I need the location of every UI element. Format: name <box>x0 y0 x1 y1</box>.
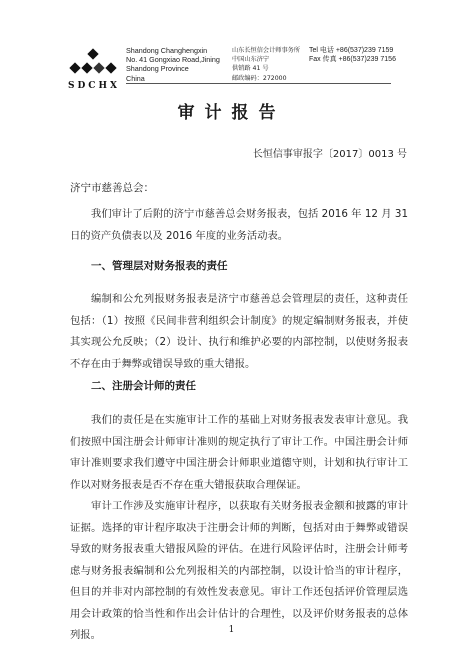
sdchx-logo-icon: SDCHX <box>68 48 123 90</box>
section1-heading: 一、管理层对财务报表的责任 <box>91 258 228 273</box>
tel: Tel 电话 +86(537)239 7159 <box>309 46 396 55</box>
firm-english-address: Shandong Changhengxin No. 41 Gongxiao Ro… <box>126 46 220 83</box>
addressee: 济宁市慈善总会： <box>70 180 154 195</box>
page-number: 1 <box>0 625 463 635</box>
fax: Fax 传真 +86(537)239 7156 <box>309 55 396 64</box>
letterhead: SDCHX Shandong Changhengxin No. 41 Gongx… <box>68 40 383 90</box>
firm-contact: Tel 电话 +86(537)239 7159 Fax 传真 +86(537)2… <box>309 46 396 64</box>
section2-paragraph-1: 我们的责任是在实施审计工作的基础上对财务报表发表审计意见。我们按照中国注册会计师… <box>70 410 408 496</box>
document-number: 长恒信事审报字〔2017〕0013 号 <box>253 145 407 160</box>
letterhead-rule <box>126 83 391 84</box>
intro-paragraph: 我们审计了后附的济宁市慈善总会财务报表，包括 2016 年 12 月 31 日的… <box>70 204 408 247</box>
section2-paragraph-2: 审计工作涉及实施审计程序，以获取有关财务报表金额和披露的审计证据。选择的审计程序… <box>70 496 408 647</box>
section1-body: 编制和公允列报财务报表是济宁市慈善总会管理层的责任，这种责任包括：（1）按照《民… <box>70 289 408 375</box>
document-title: 审计报告 <box>0 98 463 123</box>
logo-text: SDCHX <box>68 81 120 91</box>
firm-chinese-address: 山东长恒信会计师事务所 中国山东济宁 供销路 41 号 邮政编码：272000 <box>232 46 300 83</box>
section2-heading: 二、注册会计师的责任 <box>91 378 196 393</box>
